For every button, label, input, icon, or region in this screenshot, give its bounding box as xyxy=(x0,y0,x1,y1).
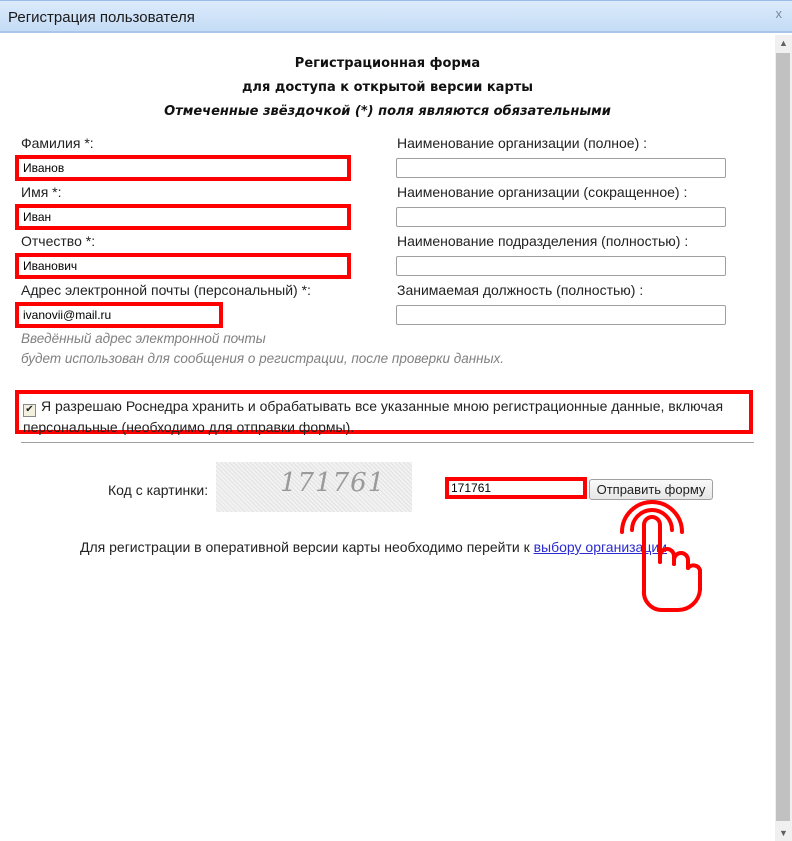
email-label: Адрес электронной почты (персональный) *… xyxy=(21,282,311,298)
form-subheading: для доступа к открытой версии карты xyxy=(0,80,775,95)
org-short-label: Наименование организации (сокращенное) : xyxy=(397,184,687,200)
consent-checkbox[interactable]: ✔ xyxy=(23,404,36,417)
footer-note: Для регистрации в оперативной версии кар… xyxy=(80,539,667,555)
position-input[interactable] xyxy=(396,305,726,325)
required-fields-note: Отмеченные звёздочкой (*) поля являются … xyxy=(0,104,775,119)
firstname-input[interactable] xyxy=(15,204,351,230)
registration-form: Регистрационная форма для доступа к откр… xyxy=(0,35,775,841)
captcha-image-text: 171761 xyxy=(280,468,385,498)
footer-text: Для регистрации в оперативной версии кар… xyxy=(80,539,534,555)
captcha-image: 171761 xyxy=(216,462,412,512)
form-heading: Регистрационная форма xyxy=(0,56,775,71)
patronymic-label: Отчество *: xyxy=(21,233,95,249)
lastname-label: Фамилия *: xyxy=(21,135,94,151)
captcha-label: Код с картинки: xyxy=(108,482,208,498)
org-short-input[interactable] xyxy=(396,207,726,227)
org-full-label: Наименование организации (полное) : xyxy=(397,135,647,151)
consent-box: ✔Я разрешаю Роснедра хранить и обрабатыв… xyxy=(15,390,753,434)
vertical-scrollbar[interactable]: ▲ ▼ xyxy=(775,35,792,841)
email-input[interactable] xyxy=(15,302,223,328)
choose-organization-link[interactable]: выбору организации xyxy=(534,539,667,555)
firstname-label: Имя *: xyxy=(21,184,62,200)
scroll-down-icon[interactable]: ▼ xyxy=(775,825,792,841)
email-hint-line1: Введённый адрес электронной почты xyxy=(21,331,266,346)
consent-text: Я разрешаю Роснедра хранить и обрабатыва… xyxy=(23,398,723,435)
department-input[interactable] xyxy=(396,256,726,276)
email-hint-line2: будет использован для сообщения о регист… xyxy=(21,351,504,366)
patronymic-input[interactable] xyxy=(15,253,351,279)
submit-button[interactable]: Отправить форму xyxy=(589,479,713,500)
position-label: Занимаемая должность (полностью) : xyxy=(397,282,643,298)
window-title: Регистрация пользователя xyxy=(8,9,195,26)
scroll-up-icon[interactable]: ▲ xyxy=(775,35,792,51)
captcha-input[interactable] xyxy=(445,477,587,499)
department-label: Наименование подразделения (полностью) : xyxy=(397,233,688,249)
lastname-input[interactable] xyxy=(15,155,351,181)
org-full-input[interactable] xyxy=(396,158,726,178)
close-icon[interactable]: x xyxy=(776,6,783,21)
window-titlebar: Регистрация пользователя x xyxy=(0,0,792,33)
divider xyxy=(21,442,754,443)
scrollbar-thumb[interactable] xyxy=(776,53,790,821)
